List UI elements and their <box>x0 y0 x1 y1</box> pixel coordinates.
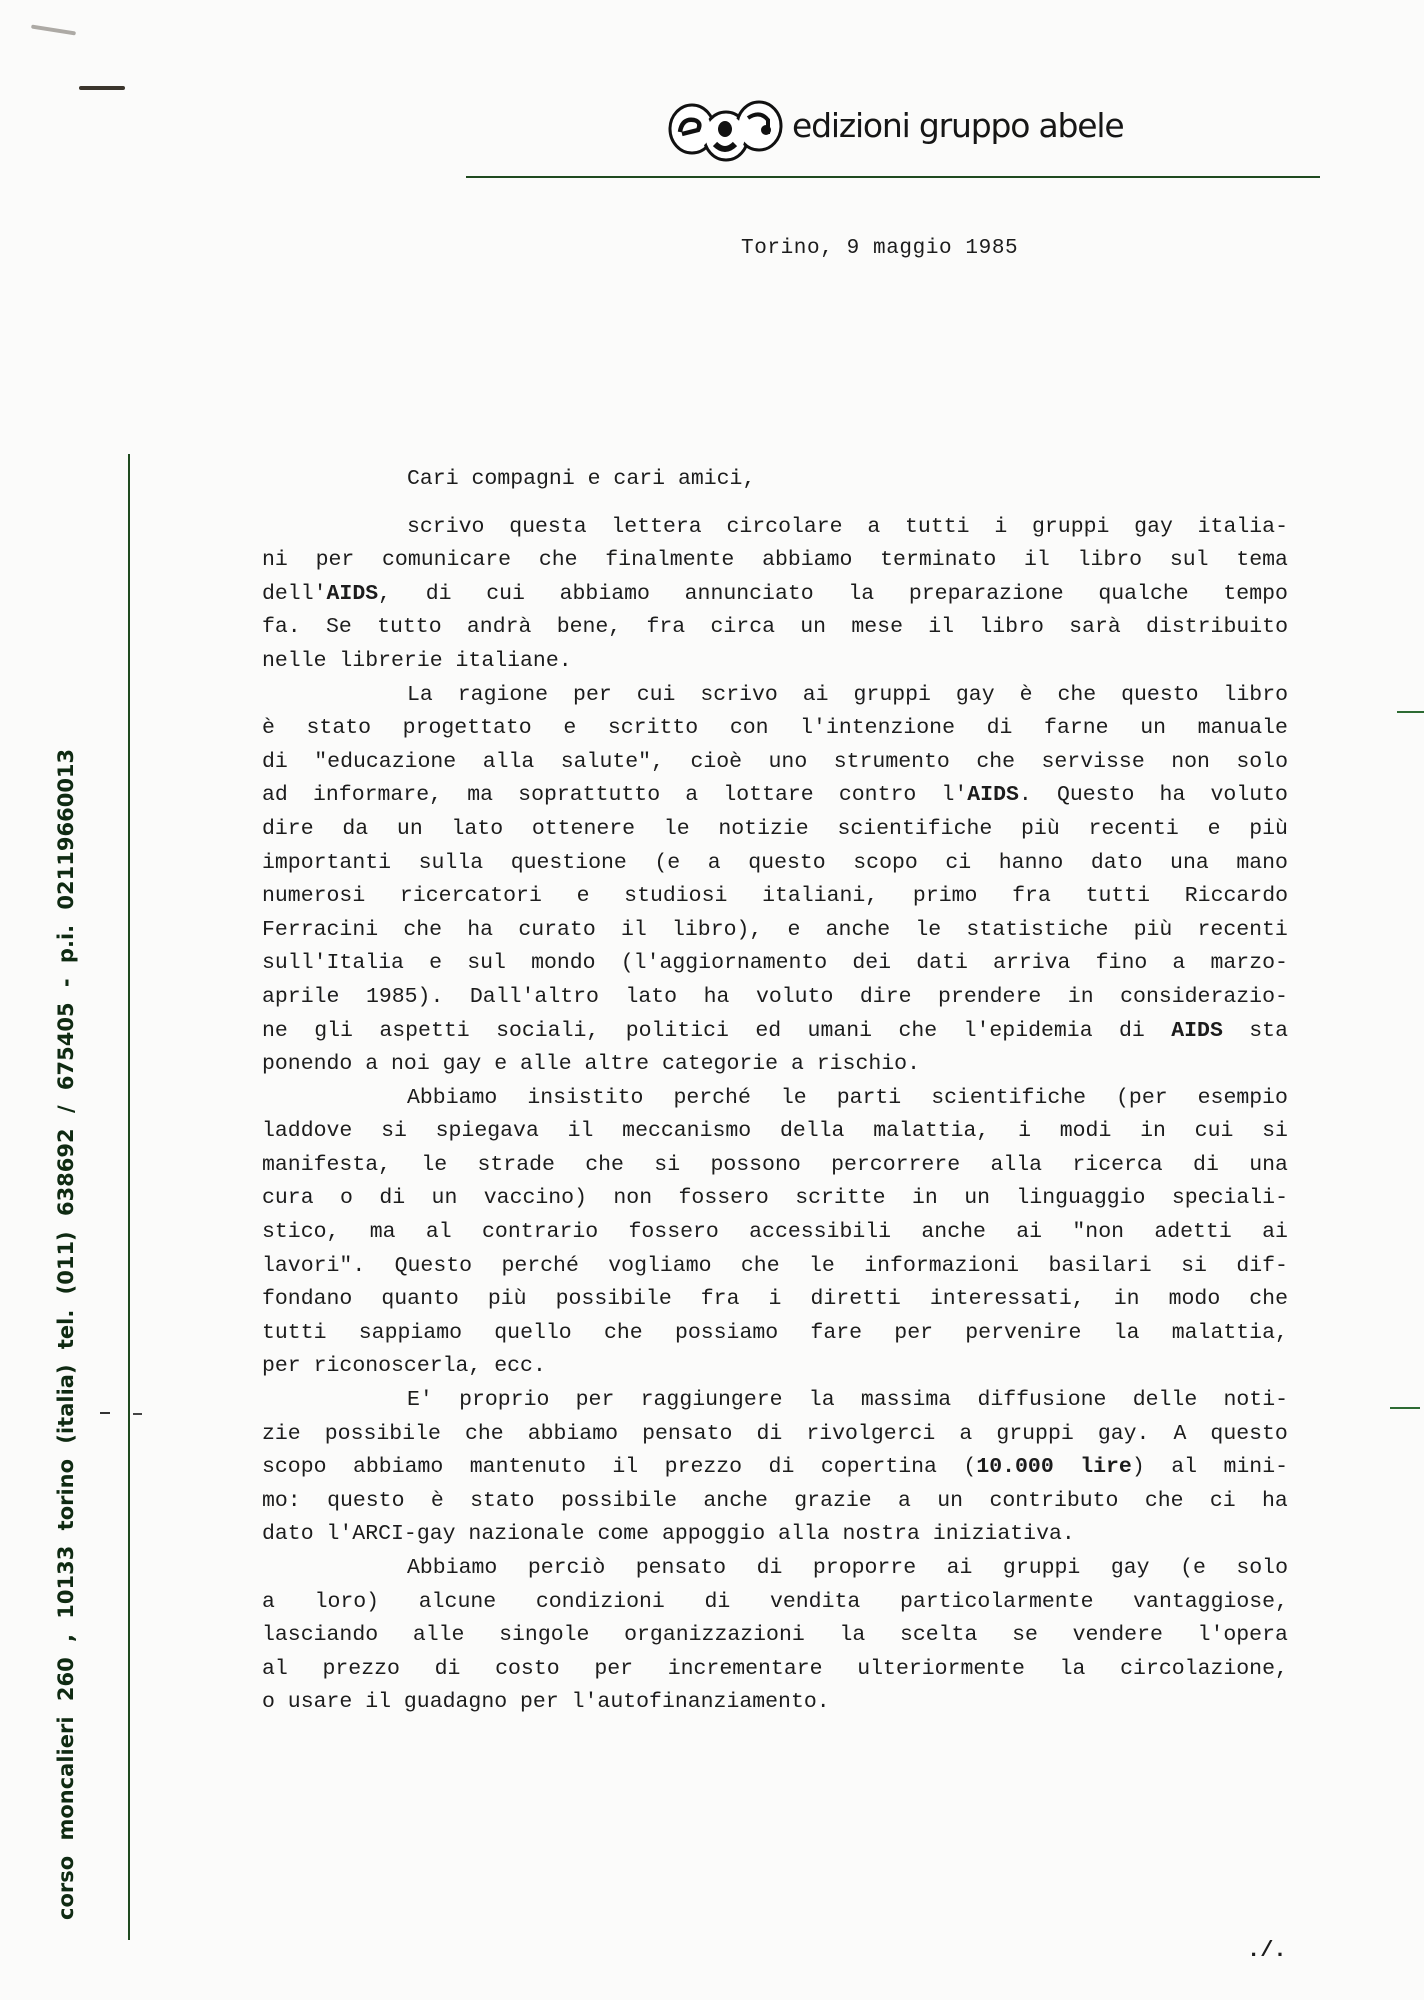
text-line: lavori".Questoperchévogliamocheleinforma… <box>262 1250 1288 1284</box>
staple-mark <box>79 86 125 90</box>
text-line: fondanoquantopiùpossibilefraidirettiinte… <box>262 1283 1288 1317</box>
text-line: alprezzodicostoperincrementareulteriorme… <box>262 1653 1288 1687</box>
text-line: laddovesispiegavailmeccanismodellamalatt… <box>262 1115 1288 1149</box>
text-line: manifesta,lestradechesipossonopercorrere… <box>262 1149 1288 1183</box>
salutation: Cari compagni e cari amici, <box>407 463 1288 497</box>
text-line: numerosiricercatoriestudiosiitaliani,pri… <box>262 880 1288 914</box>
text-line: diredaunlatoottenerelenotiziescientifich… <box>262 813 1288 847</box>
text-line: ponendoanoigayeallealtrecategoriearischi… <box>262 1048 1288 1082</box>
text-line: adinformare,masoprattuttoalottarecontrol… <box>262 779 1288 813</box>
text-line: scrivoquestaletteracircolareatuttiigrupp… <box>262 511 1288 545</box>
text-line: Ferracinichehacuratoillibro),eanchelesta… <box>262 914 1288 948</box>
publisher-name: edizioni gruppo abele <box>792 106 1123 145</box>
margin-mark <box>100 1412 110 1414</box>
text-line: ousareilguadagnoperl'autofinanziamento. <box>262 1686 1288 1720</box>
text-line: E'proprioperraggiungerelamassimadiffusio… <box>262 1384 1288 1418</box>
sidebar-address: corso moncalieri 260 , 10133 torino (ita… <box>54 749 78 1920</box>
text-line: di"educazioneallasalute",cioèunostrument… <box>262 746 1288 780</box>
text-line: sull'Italiaesulmondo(l'aggiornamentodeid… <box>262 947 1288 981</box>
text-line: nellelibrerieitaliane. <box>262 645 1288 679</box>
letter-body: Cari compagni e cari amici, scrivoquesta… <box>262 463 1288 1720</box>
text-line: scopoabbiamomantenutoilprezzodicopertina… <box>262 1451 1288 1485</box>
text-line: negliaspettisociali,politiciedumanichel'… <box>262 1015 1288 1049</box>
ega-logo-icon <box>668 96 784 162</box>
sidebar-divider <box>128 454 130 1940</box>
text-line: tuttisappiamoquellochepossiamofareperper… <box>262 1317 1288 1351</box>
date-line: Torino, 9 maggio 1985 <box>741 237 1018 260</box>
paragraph: Abbiamoperciòpensatodiproporreaigruppiga… <box>262 1552 1288 1720</box>
paragraph: Laragionepercuiscrivoaigruppigayècheques… <box>262 679 1288 1082</box>
staple-mark <box>31 25 76 36</box>
text-line: curaodiunvaccino)nonfosseroscritteinunli… <box>262 1182 1288 1216</box>
text-line: Abbiamoinsistitoperchélepartiscientifich… <box>262 1082 1288 1116</box>
margin-mark <box>133 1413 142 1415</box>
text-line: Laragionepercuiscrivoaigruppigayècheques… <box>262 679 1288 713</box>
text-line: mo:questoèstatopossibileanchegrazieaunco… <box>262 1485 1288 1519</box>
text-line: lasciandoallesingoleorganizzazionilascel… <box>262 1619 1288 1653</box>
paragraph: E'proprioperraggiungerelamassimadiffusio… <box>262 1384 1288 1552</box>
header-divider <box>466 176 1320 178</box>
fold-mark <box>1390 1407 1420 1409</box>
fold-mark <box>1397 711 1424 713</box>
letter-paragraphs: scrivoquestaletteracircolareatuttiigrupp… <box>262 511 1288 1720</box>
paragraph: scrivoquestaletteracircolareatuttiigrupp… <box>262 511 1288 679</box>
text-line: Abbiamoperciòpensatodiproporreaigruppiga… <box>262 1552 1288 1586</box>
continuation-mark: ./. <box>1247 1938 1287 1963</box>
text-line: aprile1985).Dall'altrolatohavolutodirepr… <box>262 981 1288 1015</box>
text-line: ziepossibilecheabbiamopensatodirivolgerc… <box>262 1418 1288 1452</box>
paragraph: Abbiamoinsistitoperchélepartiscientifich… <box>262 1082 1288 1384</box>
text-line: nipercomunicarechefinalmenteabbiamotermi… <box>262 544 1288 578</box>
text-line: datol'ARCI-gaynazionalecomeappoggioallan… <box>262 1518 1288 1552</box>
text-line: perriconoscerla,ecc. <box>262 1350 1288 1384</box>
text-line: importantisullaquestione(eaquestoscopoci… <box>262 847 1288 881</box>
text-line: aloro)alcunecondizionidivenditaparticola… <box>262 1586 1288 1620</box>
text-line: èstatoprogettatoescrittoconl'intenzioned… <box>262 712 1288 746</box>
text-line: dell'AIDS,dicuiabbiamoannunciatolaprepar… <box>262 578 1288 612</box>
text-line: stico,maalcontrariofosseroaccessibilianc… <box>262 1216 1288 1250</box>
text-line: fa.Setuttoandràbene,fracircaunmeseillibr… <box>262 611 1288 645</box>
